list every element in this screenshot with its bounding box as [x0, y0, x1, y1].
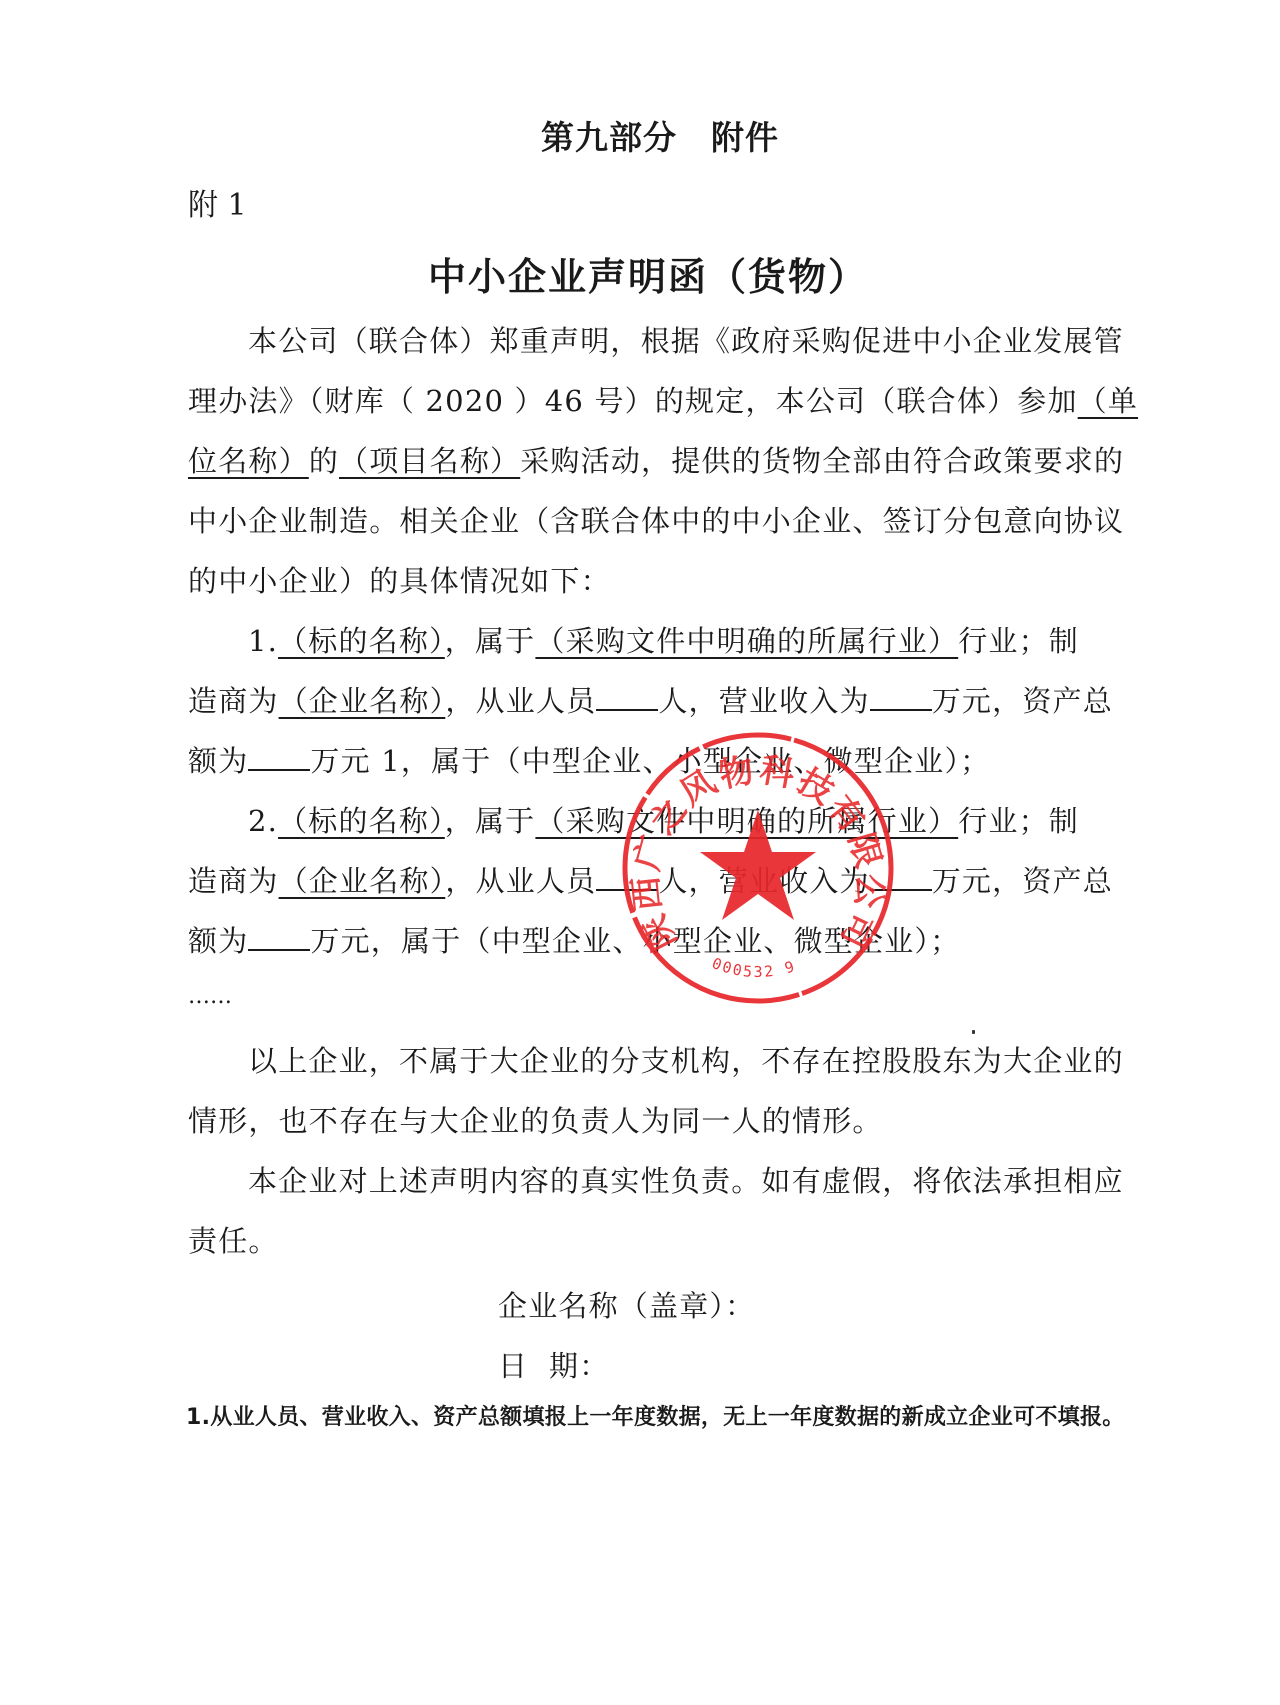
paragraph-1-line-2-text: 理办法》（财库（ 2020 ）46 号）的规定，本公司（联合体）参加 — [188, 384, 1078, 418]
item-1-asset-suffix: 万元 1，属于（中型企业、小型企业、微型企业）； — [310, 744, 990, 778]
item-1-subject-field[interactable]: （标的名称） — [278, 624, 445, 658]
section-title: 第九部分 附件 — [0, 112, 1280, 159]
item-1-maker-field[interactable]: （企业名称） — [279, 684, 446, 718]
item-1-staff-blank[interactable] — [596, 685, 658, 711]
unit-name-field-end[interactable]: 位名称） — [188, 444, 309, 478]
seal-serial-number: 000532 9 — [709, 954, 798, 981]
paragraph-2-line-2: 情形，也不存在与大企业的负责人为同一人的情形。 — [188, 1104, 883, 1138]
item-1-number: 1. — [248, 624, 278, 658]
project-name-field[interactable]: （项目名称） — [339, 444, 520, 478]
item-2-staff-blank[interactable] — [596, 865, 658, 891]
item-2-line-2: 造商为（企业名称），从业人员人，营业收入为万元，资产总 — [188, 864, 1113, 898]
text-de: 的 — [309, 444, 339, 478]
item-2-staff-suffix: 人，营业收入为 — [658, 864, 869, 898]
item-1-revenue-blank[interactable] — [870, 685, 932, 711]
item-2-subject-field[interactable]: （标的名称） — [278, 804, 445, 838]
item-2-line-3: 额为万元，属于（中型企业、小型企业、微型企业）； — [188, 924, 960, 958]
unit-name-field-start[interactable]: （单 — [1078, 384, 1138, 418]
svg-text:000532 9: 000532 9 — [709, 954, 798, 981]
item-1-asset-prefix: 额为 — [188, 744, 248, 778]
item-2-line-1: 2.（标的名称），属于（采购文件中明确的所属行业）行业；制 — [248, 804, 1079, 838]
item-1-industry-field[interactable]: （采购文件中明确的所属行业） — [535, 624, 958, 658]
item-2-maker-prefix: 造商为 — [188, 864, 279, 898]
annex-label: 附 1 — [188, 180, 247, 224]
item-2-industry-field[interactable]: （采购文件中明确的所属行业） — [535, 804, 958, 838]
item-1-industry-suffix: 行业；制 — [958, 624, 1079, 658]
item-1-line-3: 额为万元 1，属于（中型企业、小型企业、微型企业）； — [188, 744, 990, 778]
item-1-line-1: 1.（标的名称），属于（采购文件中明确的所属行业）行业；制 — [248, 624, 1079, 658]
item-2-industry-suffix: 行业；制 — [958, 804, 1079, 838]
item-1-staff-prefix: ，从业人员 — [445, 684, 596, 718]
item-1-maker-prefix: 造商为 — [188, 684, 279, 718]
item-2-asset-suffix: 万元，属于（中型企业、小型企业、微型企业）； — [310, 924, 960, 958]
item-2-asset-blank[interactable] — [248, 925, 310, 951]
paragraph-1-line-3: 位名称）的（项目名称）采购活动，提供的货物全部由符合政策要求的 — [188, 444, 1124, 478]
paragraph-1-line-2: 理办法》（财库（ 2020 ）46 号）的规定，本公司（联合体）参加（单 — [188, 384, 1138, 418]
company-seal-label: 企业名称（盖章）： — [498, 1284, 755, 1325]
paragraph-2-line-1: 以上企业，不属于大企业的分支机构，不存在控股股东为大企业的 — [248, 1044, 1124, 1078]
date-label: 日 期： — [498, 1344, 609, 1385]
item-2-revenue-suffix: 万元，资产总 — [932, 864, 1113, 898]
item-2-revenue-blank[interactable] — [870, 865, 932, 891]
item-1-belongs-text: ，属于 — [445, 624, 536, 658]
paragraph-1-line-1: 本公司（联合体）郑重声明，根据《政府采购促进中小企业发展管 — [248, 324, 1124, 358]
item-1-revenue-suffix: 万元，资产总 — [932, 684, 1113, 718]
item-2-maker-field[interactable]: （企业名称） — [279, 864, 446, 898]
paragraph-1-line-5: 的中小企业）的具体情况如下： — [188, 564, 611, 598]
item-2-asset-prefix: 额为 — [188, 924, 248, 958]
document-title: 中小企业声明函（货物） — [0, 246, 1280, 301]
ellipsis: …… — [188, 980, 232, 1014]
item-1-asset-blank[interactable] — [248, 745, 310, 771]
paragraph-3-line-2: 责任。 — [188, 1224, 279, 1258]
item-2-belongs-text: ，属于 — [445, 804, 536, 838]
item-2-staff-prefix: ，从业人员 — [445, 864, 596, 898]
footnote: 1.从业人员、营业收入、资产总额填报上一年度数据，无上一年度数据的新成立企业可不… — [186, 1400, 1125, 1431]
paragraph-1-line-3-text: 采购活动，提供的货物全部由符合政策要求的 — [520, 444, 1124, 478]
scan-speck — [972, 1030, 975, 1034]
paragraph-1-line-4: 中小企业制造。相关企业（含联合体中的中小企业、签订分包意向协议 — [188, 504, 1124, 538]
item-2-number: 2. — [248, 804, 278, 838]
item-1-staff-suffix: 人，营业收入为 — [658, 684, 869, 718]
item-1-line-2: 造商为（企业名称），从业人员人，营业收入为万元，资产总 — [188, 684, 1113, 718]
paragraph-3-line-1: 本企业对上述声明内容的真实性负责。如有虚假，将依法承担相应 — [248, 1164, 1124, 1198]
